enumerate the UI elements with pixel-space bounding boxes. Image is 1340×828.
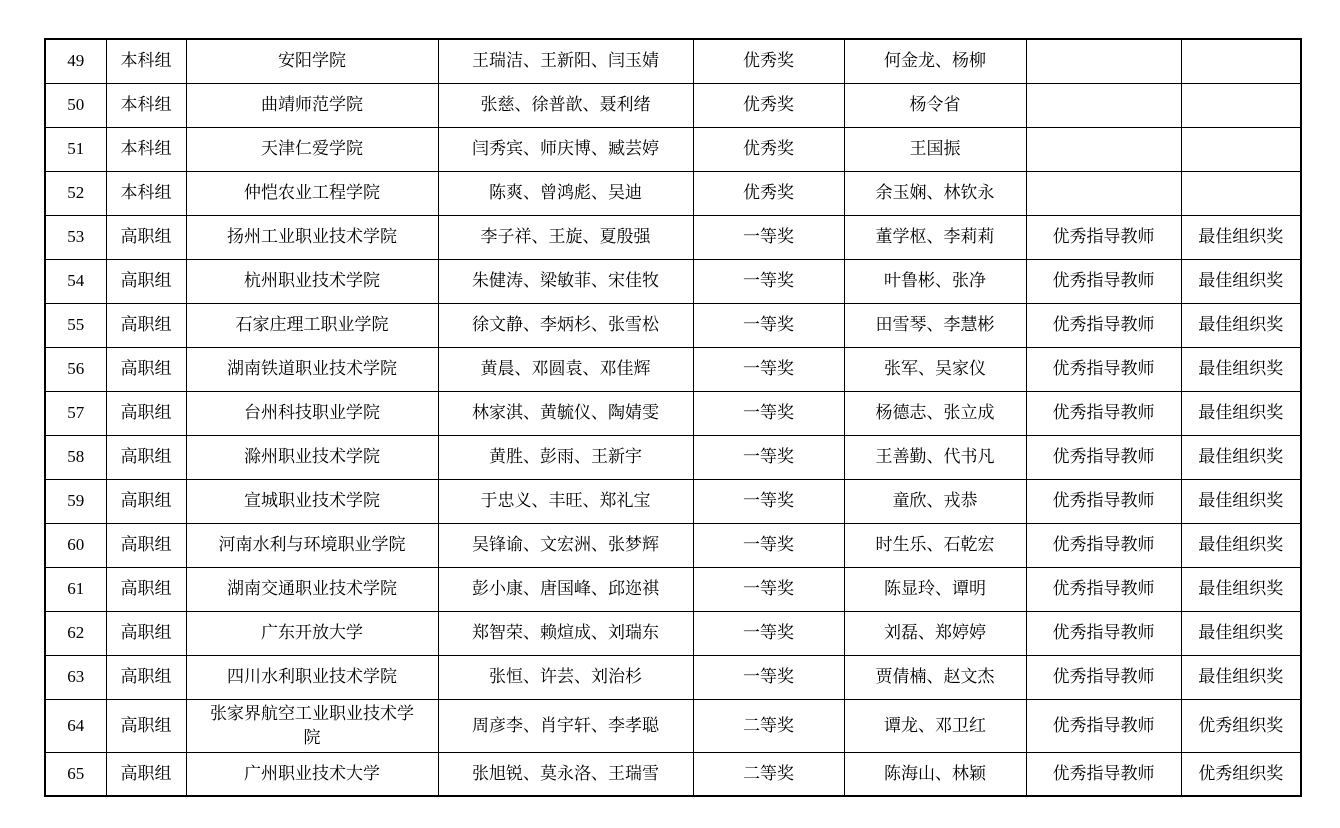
- cell-members: 徐文静、李炳杉、张雪松: [438, 303, 693, 347]
- document-page: 49本科组安阳学院王瑞洁、王新阳、闫玉婧优秀奖何金龙、杨柳50本科组曲靖师范学院…: [0, 0, 1340, 828]
- cell-members: 李子祥、王旋、夏殷强: [438, 215, 693, 259]
- cell-school: 安阳学院: [186, 39, 438, 83]
- cell-award: 一等奖: [693, 479, 844, 523]
- cell-num: 61: [45, 567, 106, 611]
- table-row: 64高职组张家界航空工业职业技术学院周彦李、肖宇轩、李孝聪二等奖谭龙、邓卫红优秀…: [45, 699, 1301, 752]
- cell-advisors: 何金龙、杨柳: [844, 39, 1026, 83]
- cell-num: 56: [45, 347, 106, 391]
- cell-award: 一等奖: [693, 303, 844, 347]
- cell-org-award: 最佳组织奖: [1181, 215, 1301, 259]
- table-row: 58高职组滁州职业技术学院黄胜、彭雨、王新宇一等奖王善勤、代书凡优秀指导教师最佳…: [45, 435, 1301, 479]
- cell-members: 彭小康、唐国峰、邱迩祺: [438, 567, 693, 611]
- cell-org-award: 最佳组织奖: [1181, 567, 1301, 611]
- cell-group: 高职组: [106, 523, 186, 567]
- cell-num: 52: [45, 171, 106, 215]
- cell-advisors: 时生乐、石乾宏: [844, 523, 1026, 567]
- table-row: 57高职组台州科技职业学院林家淇、黄毓仪、陶婧雯一等奖杨德志、张立成优秀指导教师…: [45, 391, 1301, 435]
- cell-group: 高职组: [106, 752, 186, 796]
- cell-advisors: 王善勤、代书凡: [844, 435, 1026, 479]
- cell-advisor-award: 优秀指导教师: [1026, 567, 1181, 611]
- cell-advisors: 陈海山、林颖: [844, 752, 1026, 796]
- cell-org-award: [1181, 83, 1301, 127]
- cell-advisor-award: 优秀指导教师: [1026, 259, 1181, 303]
- cell-school: 湖南交通职业技术学院: [186, 567, 438, 611]
- cell-advisors: 叶鲁彬、张净: [844, 259, 1026, 303]
- cell-members: 陈爽、曾鸿彪、吴迪: [438, 171, 693, 215]
- cell-members: 周彦李、肖宇轩、李孝聪: [438, 699, 693, 752]
- cell-school: 河南水利与环境职业学院: [186, 523, 438, 567]
- cell-members: 吴锋谕、文宏洲、张梦辉: [438, 523, 693, 567]
- table-row: 56高职组湖南铁道职业技术学院黄晨、邓圆袁、邓佳辉一等奖张军、吴家仪优秀指导教师…: [45, 347, 1301, 391]
- cell-advisors: 谭龙、邓卫红: [844, 699, 1026, 752]
- cell-school: 四川水利职业技术学院: [186, 655, 438, 699]
- cell-members: 张慈、徐普歆、聂利绪: [438, 83, 693, 127]
- cell-school: 仲恺农业工程学院: [186, 171, 438, 215]
- cell-school: 台州科技职业学院: [186, 391, 438, 435]
- table-row: 51本科组天津仁爱学院闫秀宾、师庆博、臧芸婷优秀奖王国振: [45, 127, 1301, 171]
- cell-advisor-award: 优秀指导教师: [1026, 347, 1181, 391]
- table-row: 65高职组广州职业技术大学张旭锐、莫永洛、王瑞雪二等奖陈海山、林颖优秀指导教师优…: [45, 752, 1301, 796]
- cell-org-award: [1181, 127, 1301, 171]
- cell-org-award: 优秀组织奖: [1181, 752, 1301, 796]
- cell-school: 扬州工业职业技术学院: [186, 215, 438, 259]
- table-row: 49本科组安阳学院王瑞洁、王新阳、闫玉婧优秀奖何金龙、杨柳: [45, 39, 1301, 83]
- table-row: 62高职组广东开放大学郑智荣、赖煊成、刘瑞东一等奖刘磊、郑婷婷优秀指导教师最佳组…: [45, 611, 1301, 655]
- cell-award: 优秀奖: [693, 83, 844, 127]
- cell-num: 55: [45, 303, 106, 347]
- cell-members: 张恒、许芸、刘治杉: [438, 655, 693, 699]
- cell-school: 湖南铁道职业技术学院: [186, 347, 438, 391]
- cell-advisors: 陈显玲、谭明: [844, 567, 1026, 611]
- cell-advisors: 杨令省: [844, 83, 1026, 127]
- table-row: 54高职组杭州职业技术学院朱健涛、梁敏菲、宋佳牧一等奖叶鲁彬、张净优秀指导教师最…: [45, 259, 1301, 303]
- cell-school: 天津仁爱学院: [186, 127, 438, 171]
- cell-award: 二等奖: [693, 699, 844, 752]
- cell-advisor-award: [1026, 127, 1181, 171]
- cell-group: 本科组: [106, 83, 186, 127]
- cell-num: 64: [45, 699, 106, 752]
- cell-advisors: 童欣、戎恭: [844, 479, 1026, 523]
- cell-advisor-award: 优秀指导教师: [1026, 611, 1181, 655]
- cell-school: 滁州职业技术学院: [186, 435, 438, 479]
- cell-advisor-award: 优秀指导教师: [1026, 303, 1181, 347]
- table-row: 50本科组曲靖师范学院张慈、徐普歆、聂利绪优秀奖杨令省: [45, 83, 1301, 127]
- cell-org-award: 最佳组织奖: [1181, 435, 1301, 479]
- cell-group: 高职组: [106, 655, 186, 699]
- cell-org-award: 最佳组织奖: [1181, 523, 1301, 567]
- cell-group: 高职组: [106, 215, 186, 259]
- cell-award: 一等奖: [693, 215, 844, 259]
- table-row: 60高职组河南水利与环境职业学院吴锋谕、文宏洲、张梦辉一等奖时生乐、石乾宏优秀指…: [45, 523, 1301, 567]
- cell-advisor-award: 优秀指导教师: [1026, 752, 1181, 796]
- cell-members: 林家淇、黄毓仪、陶婧雯: [438, 391, 693, 435]
- cell-award: 一等奖: [693, 611, 844, 655]
- cell-org-award: 最佳组织奖: [1181, 347, 1301, 391]
- cell-num: 60: [45, 523, 106, 567]
- cell-advisors: 贾倩楠、赵文杰: [844, 655, 1026, 699]
- cell-advisors: 董学枢、李莉莉: [844, 215, 1026, 259]
- cell-advisor-award: 优秀指导教师: [1026, 655, 1181, 699]
- cell-num: 62: [45, 611, 106, 655]
- cell-num: 59: [45, 479, 106, 523]
- table-row: 61高职组湖南交通职业技术学院彭小康、唐国峰、邱迩祺一等奖陈显玲、谭明优秀指导教…: [45, 567, 1301, 611]
- table-row: 59高职组宣城职业技术学院于忠义、丰旺、郑礼宝一等奖童欣、戎恭优秀指导教师最佳组…: [45, 479, 1301, 523]
- cell-advisor-award: 优秀指导教师: [1026, 699, 1181, 752]
- cell-num: 54: [45, 259, 106, 303]
- cell-award: 一等奖: [693, 567, 844, 611]
- cell-group: 本科组: [106, 171, 186, 215]
- cell-award: 一等奖: [693, 391, 844, 435]
- cell-num: 63: [45, 655, 106, 699]
- cell-award: 二等奖: [693, 752, 844, 796]
- cell-advisors: 田雪琴、李慧彬: [844, 303, 1026, 347]
- cell-group: 高职组: [106, 259, 186, 303]
- cell-school: 石家庄理工职业学院: [186, 303, 438, 347]
- cell-advisors: 刘磊、郑婷婷: [844, 611, 1026, 655]
- cell-group: 本科组: [106, 127, 186, 171]
- table-row: 55高职组石家庄理工职业学院徐文静、李炳杉、张雪松一等奖田雪琴、李慧彬优秀指导教…: [45, 303, 1301, 347]
- cell-award: 一等奖: [693, 259, 844, 303]
- cell-award: 一等奖: [693, 523, 844, 567]
- cell-award: 优秀奖: [693, 127, 844, 171]
- cell-members: 黄晨、邓圆袁、邓佳辉: [438, 347, 693, 391]
- cell-org-award: 最佳组织奖: [1181, 611, 1301, 655]
- cell-num: 49: [45, 39, 106, 83]
- cell-org-award: 最佳组织奖: [1181, 303, 1301, 347]
- cell-members: 闫秀宾、师庆博、臧芸婷: [438, 127, 693, 171]
- table-row: 52本科组仲恺农业工程学院陈爽、曾鸿彪、吴迪优秀奖余玉娴、林钦永: [45, 171, 1301, 215]
- cell-org-award: 最佳组织奖: [1181, 479, 1301, 523]
- cell-school: 广东开放大学: [186, 611, 438, 655]
- cell-advisor-award: 优秀指导教师: [1026, 479, 1181, 523]
- cell-org-award: 优秀组织奖: [1181, 699, 1301, 752]
- cell-members: 王瑞洁、王新阳、闫玉婧: [438, 39, 693, 83]
- cell-num: 65: [45, 752, 106, 796]
- cell-award: 一等奖: [693, 655, 844, 699]
- cell-members: 张旭锐、莫永洛、王瑞雪: [438, 752, 693, 796]
- cell-org-award: [1181, 171, 1301, 215]
- cell-group: 本科组: [106, 39, 186, 83]
- cell-advisors: 张军、吴家仪: [844, 347, 1026, 391]
- cell-group: 高职组: [106, 699, 186, 752]
- cell-advisor-award: [1026, 83, 1181, 127]
- cell-award: 优秀奖: [693, 39, 844, 83]
- cell-school: 张家界航空工业职业技术学院: [186, 699, 438, 752]
- cell-members: 郑智荣、赖煊成、刘瑞东: [438, 611, 693, 655]
- cell-num: 51: [45, 127, 106, 171]
- cell-group: 高职组: [106, 611, 186, 655]
- cell-advisors: 王国振: [844, 127, 1026, 171]
- cell-group: 高职组: [106, 567, 186, 611]
- cell-advisor-award: 优秀指导教师: [1026, 391, 1181, 435]
- cell-school: 曲靖师范学院: [186, 83, 438, 127]
- cell-advisor-award: 优秀指导教师: [1026, 523, 1181, 567]
- cell-group: 高职组: [106, 391, 186, 435]
- cell-school: 杭州职业技术学院: [186, 259, 438, 303]
- cell-members: 于忠义、丰旺、郑礼宝: [438, 479, 693, 523]
- cell-group: 高职组: [106, 347, 186, 391]
- table-body: 49本科组安阳学院王瑞洁、王新阳、闫玉婧优秀奖何金龙、杨柳50本科组曲靖师范学院…: [45, 39, 1301, 796]
- cell-advisors: 杨德志、张立成: [844, 391, 1026, 435]
- table-row: 63高职组四川水利职业技术学院张恒、许芸、刘治杉一等奖贾倩楠、赵文杰优秀指导教师…: [45, 655, 1301, 699]
- cell-award: 一等奖: [693, 347, 844, 391]
- cell-num: 58: [45, 435, 106, 479]
- cell-group: 高职组: [106, 303, 186, 347]
- cell-school: 宣城职业技术学院: [186, 479, 438, 523]
- cell-org-award: 最佳组织奖: [1181, 391, 1301, 435]
- cell-members: 朱健涛、梁敏菲、宋佳牧: [438, 259, 693, 303]
- cell-num: 53: [45, 215, 106, 259]
- cell-advisors: 余玉娴、林钦永: [844, 171, 1026, 215]
- cell-group: 高职组: [106, 479, 186, 523]
- table-row: 53高职组扬州工业职业技术学院李子祥、王旋、夏殷强一等奖董学枢、李莉莉优秀指导教…: [45, 215, 1301, 259]
- cell-advisor-award: 优秀指导教师: [1026, 215, 1181, 259]
- cell-group: 高职组: [106, 435, 186, 479]
- cell-org-award: [1181, 39, 1301, 83]
- cell-org-award: 最佳组织奖: [1181, 259, 1301, 303]
- cell-award: 一等奖: [693, 435, 844, 479]
- cell-advisor-award: [1026, 39, 1181, 83]
- cell-members: 黄胜、彭雨、王新宇: [438, 435, 693, 479]
- cell-advisor-award: [1026, 171, 1181, 215]
- cell-org-award: 最佳组织奖: [1181, 655, 1301, 699]
- awards-table: 49本科组安阳学院王瑞洁、王新阳、闫玉婧优秀奖何金龙、杨柳50本科组曲靖师范学院…: [44, 38, 1302, 797]
- cell-advisor-award: 优秀指导教师: [1026, 435, 1181, 479]
- cell-num: 57: [45, 391, 106, 435]
- cell-award: 优秀奖: [693, 171, 844, 215]
- cell-num: 50: [45, 83, 106, 127]
- cell-school: 广州职业技术大学: [186, 752, 438, 796]
